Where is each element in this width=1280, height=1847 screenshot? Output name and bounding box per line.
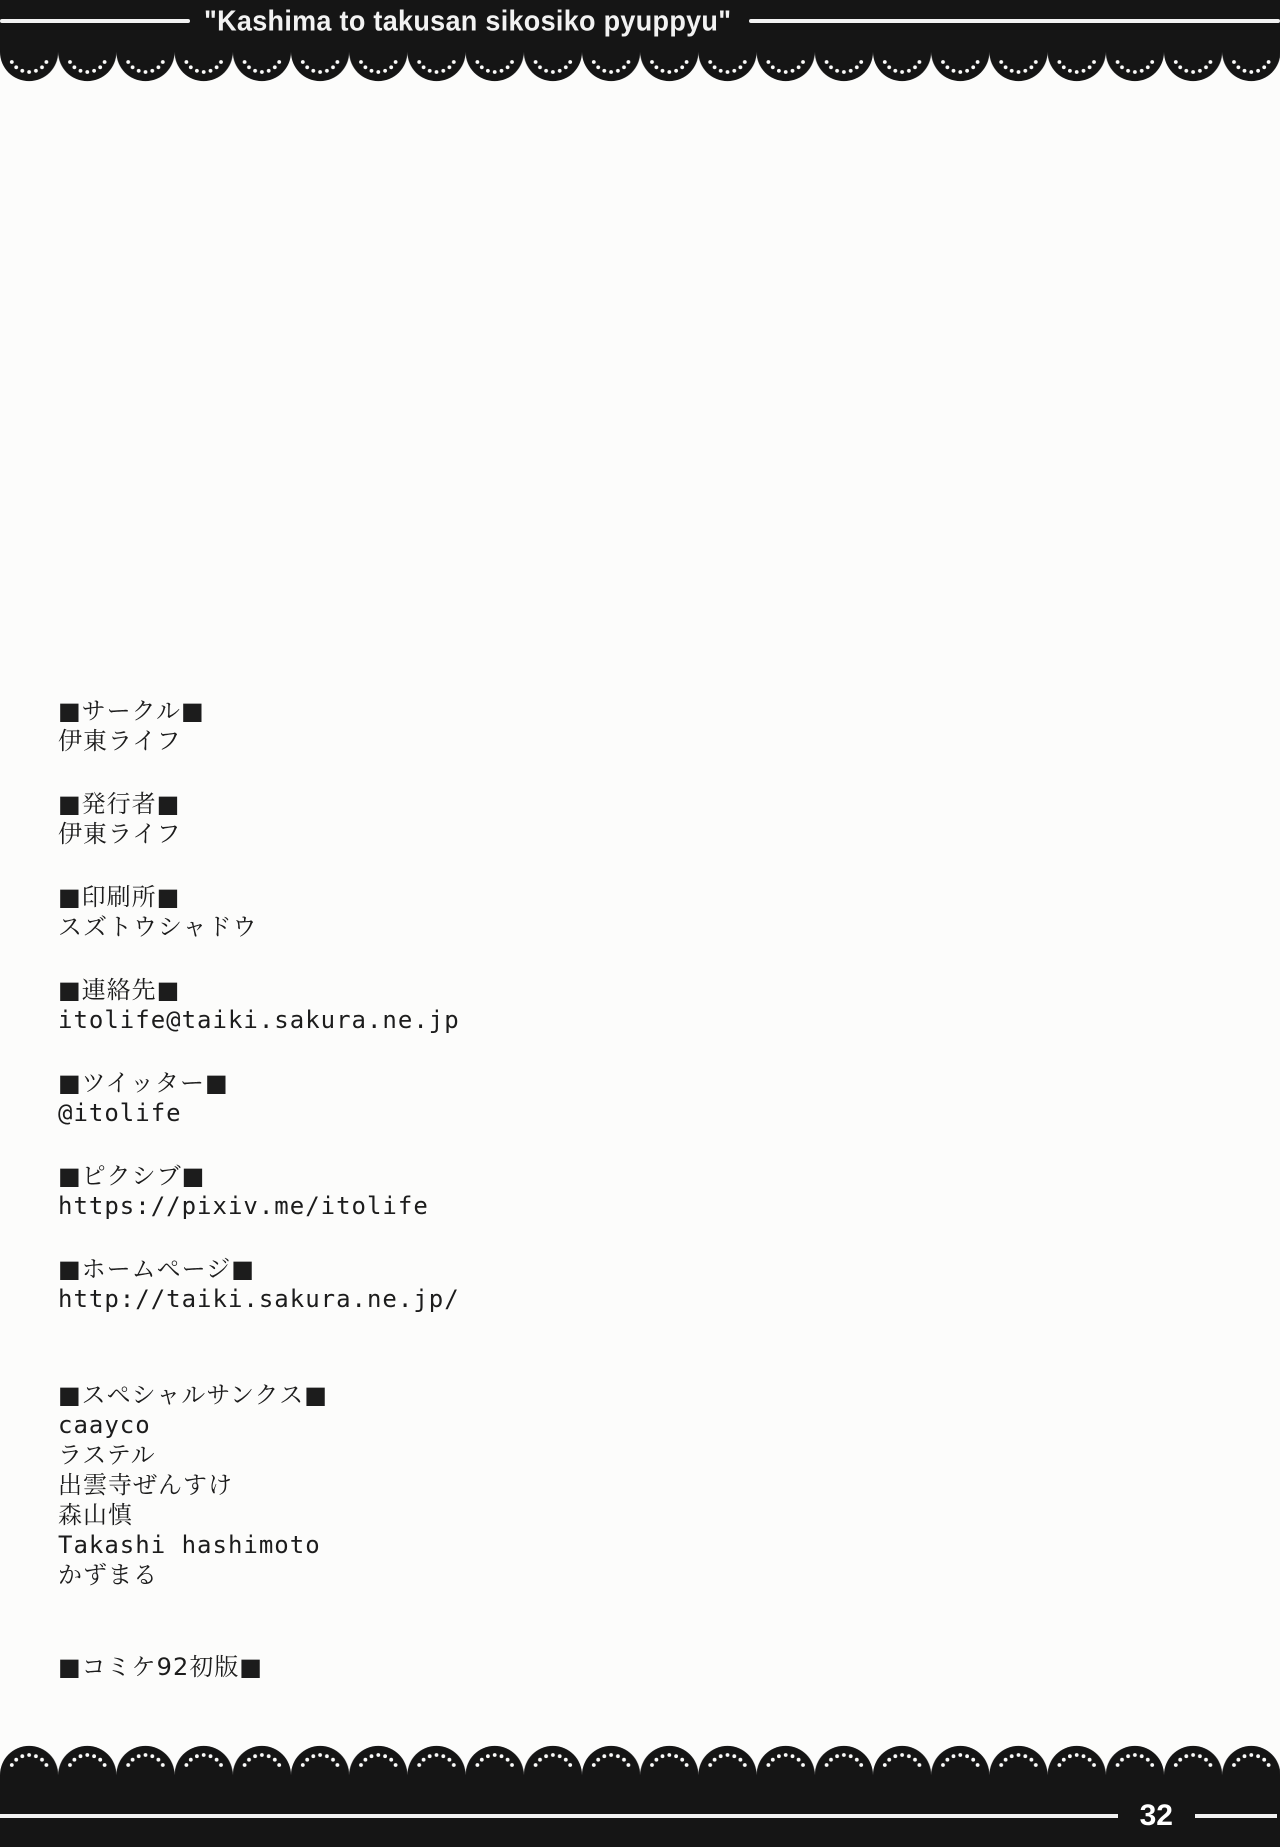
- section-contact-email: itolife@taiki.sakura.ne.jp: [58, 1005, 460, 1035]
- section-special-thanks: ■スペシャルサンクス■ caayco ラステル 出雲寺ぜんすけ 森山慎 Taka…: [58, 1380, 460, 1590]
- section-circle-label: ■サークル■: [58, 696, 460, 726]
- section-circle: ■サークル■ 伊東ライフ: [58, 696, 460, 756]
- section-pixiv-label: ■ピクシブ■: [58, 1161, 460, 1191]
- header-rule-right: [749, 19, 1280, 23]
- section-special-thanks-label: ■スペシャルサンクス■: [58, 1380, 460, 1410]
- section-twitter-handle: @itolife: [58, 1098, 460, 1128]
- section-edition: ■コミケ92初版■: [58, 1652, 460, 1682]
- section-homepage: ■ホームページ■ http://taiki.sakura.ne.jp/: [58, 1254, 460, 1314]
- section-edition-label: ■コミケ92初版■: [58, 1652, 460, 1682]
- footer-rule-left: [0, 1814, 1118, 1818]
- section-publisher: ■発行者■ 伊東ライフ: [58, 789, 460, 849]
- footer-band: 32: [0, 1785, 1280, 1847]
- special-thanks-name: ラステル: [58, 1440, 460, 1470]
- section-twitter-label: ■ツイッター■: [58, 1068, 460, 1098]
- special-thanks-name: かずまる: [58, 1560, 460, 1590]
- colophon: ■サークル■ 伊東ライフ ■発行者■ 伊東ライフ ■印刷所■ スズトウシャドウ …: [58, 696, 460, 1715]
- lace-border-top-decoration: [0, 42, 1280, 82]
- section-printer-label: ■印刷所■: [58, 882, 460, 912]
- section-contact: ■連絡先■ itolife@taiki.sakura.ne.jp: [58, 975, 460, 1035]
- page-title: "Kashima to takusan sikosiko pyuppyu": [204, 5, 731, 38]
- scanned-colophon-page: "Kashima to takusan sikosiko pyuppyu": [0, 0, 1280, 1847]
- section-homepage-url: http://taiki.sakura.ne.jp/: [58, 1284, 460, 1314]
- special-thanks-name: caayco: [58, 1410, 460, 1440]
- section-twitter: ■ツイッター■ @itolife: [58, 1068, 460, 1128]
- section-printer: ■印刷所■ スズトウシャドウ: [58, 882, 460, 942]
- lace-border-bottom-decoration: [0, 1745, 1280, 1785]
- footer: 32: [0, 1745, 1280, 1847]
- section-circle-value: 伊東ライフ: [58, 726, 460, 756]
- section-homepage-label: ■ホームページ■: [58, 1254, 460, 1284]
- page-number: 32: [1140, 1801, 1173, 1831]
- footer-rule-right: [1195, 1814, 1277, 1818]
- section-contact-label: ■連絡先■: [58, 975, 460, 1005]
- section-pixiv-url: https://pixiv.me/itolife: [58, 1191, 460, 1221]
- section-printer-value: スズトウシャドウ: [58, 912, 460, 942]
- special-thanks-name: Takashi hashimoto: [58, 1530, 460, 1560]
- header-band: "Kashima to takusan sikosiko pyuppyu": [0, 0, 1280, 42]
- special-thanks-name: 森山慎: [58, 1500, 460, 1530]
- special-thanks-name: 出雲寺ぜんすけ: [58, 1470, 460, 1500]
- section-publisher-value: 伊東ライフ: [58, 819, 460, 849]
- header-rule-left: [0, 19, 190, 23]
- section-pixiv: ■ピクシブ■ https://pixiv.me/itolife: [58, 1161, 460, 1221]
- section-publisher-label: ■発行者■: [58, 789, 460, 819]
